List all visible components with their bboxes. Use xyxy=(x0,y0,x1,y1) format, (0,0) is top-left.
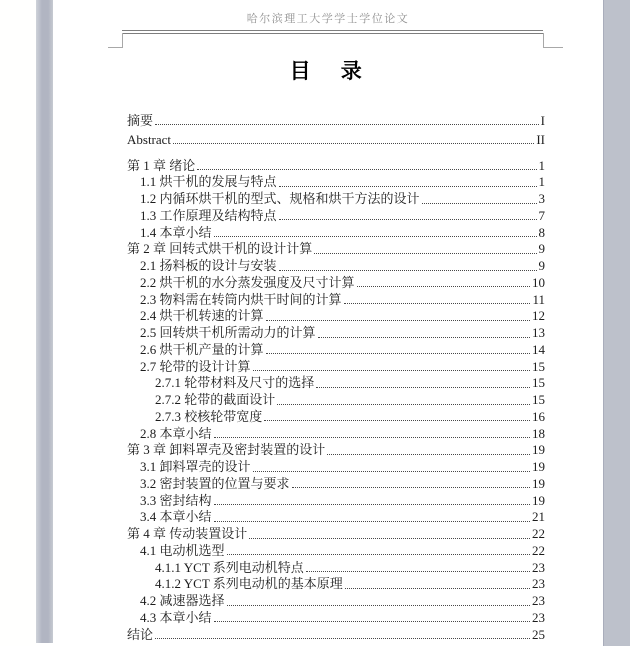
toc-entry-page-number: 19 xyxy=(532,459,545,475)
toc-entry[interactable]: 第 1 章 绪论 1 xyxy=(127,157,545,174)
toc-leader-dots xyxy=(279,219,537,220)
toc-entry-page-number: 1 xyxy=(539,174,546,190)
toc-entry-label: 第 4 章 传动装置设计 xyxy=(127,526,247,542)
toc-entry[interactable]: Abstract II xyxy=(127,131,545,148)
toc-entry[interactable]: 2.7.2 轮带的截面设计 15 xyxy=(127,391,545,408)
toc-entry-page-number: 10 xyxy=(532,275,545,291)
toc-entry-label: 摘要 xyxy=(127,113,153,129)
toc-entry-page-number: 9 xyxy=(539,258,546,274)
page-header-text: 哈尔滨理工大学学士学位论文 xyxy=(53,12,603,26)
toc-entry-label: 1.2 内循环烘干机的型式、规格和烘干方法的设计 xyxy=(140,191,420,207)
toc-leader-dots xyxy=(316,387,530,388)
toc-entry-label: 2.4 烘干机转速的计算 xyxy=(140,308,264,324)
toc-entry[interactable]: 3.3 密封结构 19 xyxy=(127,492,545,509)
toc-leader-dots xyxy=(253,370,530,371)
toc-entry-page-number: 19 xyxy=(532,493,545,509)
toc-list: 摘要 I Abstract II 第 1 章 绪论 1 1.1 烘干机的发展与特… xyxy=(127,112,545,643)
toc-leader-dots xyxy=(314,253,536,254)
toc-entry-label: 3.3 密封结构 xyxy=(140,493,212,509)
toc-entry-label: 2.7 轮带的设计计算 xyxy=(140,359,251,375)
toc-entry-page-number: 22 xyxy=(532,526,545,542)
header-double-rule xyxy=(122,30,543,34)
header-rule-corner-right-vertical xyxy=(543,33,544,48)
toc-leader-dots xyxy=(264,420,530,421)
toc-entry[interactable]: 第 3 章 卸料罩壳及密封装置的设计 19 xyxy=(127,442,545,459)
toc-leader-dots xyxy=(327,454,530,455)
toc-title: 目 录 xyxy=(53,57,603,85)
toc-entry-label: 2.8 本章小结 xyxy=(140,426,212,442)
toc-entry-page-number: 15 xyxy=(532,392,545,408)
toc-leader-dots xyxy=(197,169,536,170)
toc-leader-dots xyxy=(227,605,530,606)
toc-entry-page-number: 23 xyxy=(532,593,545,609)
toc-leader-dots xyxy=(277,404,530,405)
toc-entry-label: 1.3 工作原理及结构特点 xyxy=(140,208,277,224)
page-gutter-bar xyxy=(36,0,53,643)
toc-leader-dots xyxy=(155,124,539,125)
toc-entry[interactable]: 1.2 内循环烘干机的型式、规格和烘干方法的设计 3 xyxy=(127,190,545,207)
toc-entry-label: 2.7.1 轮带材料及尺寸的选择 xyxy=(155,375,314,391)
toc-entry-label: 4.1.2 YCT 系列电动机的基本原理 xyxy=(155,576,343,592)
toc-entry[interactable]: 第 2 章 回转式烘干机的设计计算 9 xyxy=(127,241,545,258)
toc-leader-dots xyxy=(266,353,530,354)
toc-entry-page-number: I xyxy=(541,113,545,129)
toc-entry-page-number: 16 xyxy=(532,409,545,425)
toc-entry-page-number: 18 xyxy=(532,426,545,442)
toc-leader-dots xyxy=(214,437,530,438)
toc-entry-label: 4.1.1 YCT 系列电动机特点 xyxy=(155,560,304,576)
toc-entry[interactable]: 2.5 回转烘干机所需动力的计算 13 xyxy=(127,324,545,341)
toc-entry-label: 第 1 章 绪论 xyxy=(127,158,195,174)
toc-entry-label: 2.3 物料需在转筒内烘干时间的计算 xyxy=(140,292,342,308)
toc-leader-dots xyxy=(292,487,530,488)
toc-entry-label: 3.4 本章小结 xyxy=(140,509,212,525)
toc-entry[interactable]: 2.6 烘干机产量的计算 14 xyxy=(127,341,545,358)
toc-leader-dots xyxy=(214,521,530,522)
toc-entry[interactable]: 2.3 物料需在转筒内烘干时间的计算 11 xyxy=(127,291,545,308)
toc-entry-page-number: 7 xyxy=(539,208,546,224)
toc-entry[interactable]: 4.2 减速器选择 23 xyxy=(127,592,545,609)
toc-entry[interactable]: 2.2 烘干机的水分蒸发强度及尺寸计算 10 xyxy=(127,274,545,291)
toc-entry-label: 2.1 扬料板的设计与安装 xyxy=(140,258,277,274)
toc-entry-page-number: 23 xyxy=(532,560,545,576)
toc-entry-label: 3.2 密封装置的位置与要求 xyxy=(140,476,290,492)
toc-entry[interactable]: 结论 25 xyxy=(127,626,545,643)
toc-entry-label: 1.4 本章小结 xyxy=(140,225,212,241)
toc-leader-dots xyxy=(422,203,537,204)
toc-entry-page-number: 15 xyxy=(532,375,545,391)
left-white-margin xyxy=(0,0,36,646)
toc-entry[interactable]: 2.7 轮带的设计计算 15 xyxy=(127,358,545,375)
toc-entry[interactable]: 4.1.2 YCT 系列电动机的基本原理 23 xyxy=(127,576,545,593)
header-rule-corner-right-horizontal xyxy=(543,47,563,48)
toc-entry-label: 2.7.3 校核轮带宽度 xyxy=(155,409,262,425)
toc-entry-label: 4.3 本章小结 xyxy=(140,610,212,626)
toc-entry-page-number: 15 xyxy=(532,359,545,375)
toc-entry[interactable]: 2.4 烘干机转速的计算 12 xyxy=(127,308,545,325)
toc-entry[interactable]: 1.4 本章小结 8 xyxy=(127,224,545,241)
toc-entry-page-number: 8 xyxy=(539,225,546,241)
toc-entry-page-number: 3 xyxy=(539,191,546,207)
toc-entry-page-number: 23 xyxy=(532,576,545,592)
toc-entry-label: 4.2 减速器选择 xyxy=(140,593,225,609)
toc-entry[interactable]: 4.1 电动机选型 22 xyxy=(127,542,545,559)
toc-entry-page-number: 19 xyxy=(532,442,545,458)
toc-leader-dots xyxy=(344,303,531,304)
toc-entry-label: 结论 xyxy=(127,627,153,643)
toc-entry[interactable]: 1.1 烘干机的发展与特点 1 xyxy=(127,174,545,191)
toc-leader-dots xyxy=(266,320,530,321)
toc-entry[interactable]: 3.4 本章小结 21 xyxy=(127,509,545,526)
toc-entry-page-number: 23 xyxy=(532,610,545,626)
toc-entry[interactable]: 3.2 密封装置的位置与要求 19 xyxy=(127,475,545,492)
toc-entry-page-number: 14 xyxy=(532,342,545,358)
toc-leader-dots xyxy=(249,538,530,539)
toc-leader-dots xyxy=(279,270,537,271)
toc-leader-dots xyxy=(227,554,530,555)
toc-leader-dots xyxy=(279,186,537,187)
header-rule-corner-left-horizontal xyxy=(108,47,123,48)
toc-entry-page-number: 1 xyxy=(539,158,546,174)
toc-leader-dots xyxy=(306,571,530,572)
toc-entry-page-number: 25 xyxy=(532,627,545,643)
toc-entry-label: Abstract xyxy=(127,132,171,148)
toc-leader-dots xyxy=(155,638,530,639)
toc-leader-dots xyxy=(214,504,530,505)
toc-leader-dots xyxy=(173,143,534,144)
toc-entry-page-number: 9 xyxy=(539,241,546,257)
toc-leader-dots xyxy=(345,588,530,589)
toc-entry-label: 2.5 回转烘干机所需动力的计算 xyxy=(140,325,316,341)
toc-entry-page-number: II xyxy=(536,132,545,148)
toc-entry-label: 4.1 电动机选型 xyxy=(140,543,225,559)
toc-entry[interactable]: 4.3 本章小结 23 xyxy=(127,609,545,626)
toc-entry-label: 2.2 烘干机的水分蒸发强度及尺寸计算 xyxy=(140,275,355,291)
document-page[interactable]: 哈尔滨理工大学学士学位论文 目 录 摘要 I Abstract II 第 1 章… xyxy=(53,0,603,646)
toc-entry[interactable]: 4.1.1 YCT 系列电动机特点 23 xyxy=(127,559,545,576)
toc-leader-dots xyxy=(214,236,537,237)
toc-entry-page-number: 19 xyxy=(532,476,545,492)
toc-entry-label: 第 3 章 卸料罩壳及密封装置的设计 xyxy=(127,442,325,458)
toc-entry[interactable]: 3.1 卸料罩壳的设计 19 xyxy=(127,458,545,475)
header-rule-corner-left-vertical xyxy=(122,33,123,48)
toc-leader-dots xyxy=(357,286,530,287)
toc-entry-page-number: 22 xyxy=(532,543,545,559)
toc-entry[interactable]: 摘要 I xyxy=(127,112,545,129)
toc-leader-dots xyxy=(318,337,530,338)
toc-leader-dots xyxy=(214,621,530,622)
toc-entry-label: 2.7.2 轮带的截面设计 xyxy=(155,392,275,408)
toc-entry[interactable]: 1.3 工作原理及结构特点 7 xyxy=(127,207,545,224)
toc-entry[interactable]: 2.8 本章小结 18 xyxy=(127,425,545,442)
workspace-background xyxy=(603,0,630,646)
toc-entry-page-number: 21 xyxy=(532,509,545,525)
toc-entry-label: 2.6 烘干机产量的计算 xyxy=(140,342,264,358)
toc-entry[interactable]: 2.1 扬料板的设计与安装 9 xyxy=(127,257,545,274)
toc-entry-label: 第 2 章 回转式烘干机的设计计算 xyxy=(127,241,312,257)
toc-entry[interactable]: 2.7.1 轮带材料及尺寸的选择 15 xyxy=(127,375,545,392)
toc-entry-page-number: 11 xyxy=(532,292,545,308)
toc-entry-page-number: 12 xyxy=(532,308,545,324)
toc-entry[interactable]: 第 4 章 传动装置设计 22 xyxy=(127,525,545,542)
toc-leader-dots xyxy=(253,471,530,472)
toc-entry-page-number: 13 xyxy=(532,325,545,341)
toc-entry-label: 1.1 烘干机的发展与特点 xyxy=(140,174,277,190)
toc-entry-label: 3.1 卸料罩壳的设计 xyxy=(140,459,251,475)
toc-entry[interactable]: 2.7.3 校核轮带宽度 16 xyxy=(127,408,545,425)
